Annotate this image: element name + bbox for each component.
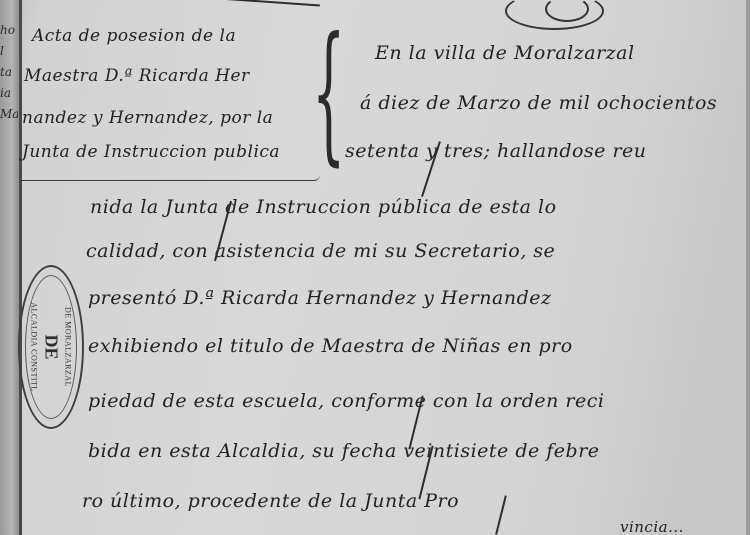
- stamp-right-text: DE MORALZARZAL: [64, 307, 73, 387]
- fragment: ho: [0, 20, 18, 41]
- ink-descender: [495, 495, 507, 534]
- margin-note-line: nandez y Hernandez, por la: [22, 108, 273, 128]
- body-line: setenta y tres; hallandose reu: [345, 140, 647, 162]
- body-line: ro último, procedente de la Junta Pro: [82, 490, 459, 512]
- fragment: ta: [0, 62, 18, 83]
- fragment: l: [0, 41, 18, 62]
- margin-note-line: Junta de Instruccion publica: [22, 142, 280, 162]
- body-line: piedad de esta escuela, conforme con la …: [88, 390, 604, 412]
- stamp-left-text: ALCALDIA CONSTITL: [30, 302, 39, 392]
- page-right-edge: [746, 0, 750, 535]
- body-line: exhibiendo el titulo de Maestra de Niñas…: [88, 335, 573, 357]
- body-line: bida en esta Alcaldia, su fecha veintisi…: [88, 440, 600, 462]
- margin-note-line: Acta de posesion de la: [32, 26, 236, 46]
- body-line: En la villa de Moralzarzal: [375, 42, 635, 64]
- body-line-cut: vincia...: [620, 518, 684, 535]
- ink-stroke: [190, 0, 320, 6]
- body-line: nida la Junta de Instruccion pública de …: [90, 196, 557, 218]
- municipal-stamp: ALCALDIA CONSTITL DE DE MORALZARZAL: [18, 265, 84, 429]
- body-line: presentó D.ª Ricarda Hernandez y Hernand…: [88, 287, 552, 309]
- margin-note-line: Maestra D.ª Ricarda Her: [24, 66, 250, 86]
- fragment: Ma: [0, 104, 18, 125]
- fragment: ia: [0, 83, 18, 104]
- body-line: á diez de Marzo de mil ochocientos: [360, 92, 717, 114]
- brace-icon: {: [312, 28, 317, 168]
- previous-page-fragments: ho l ta ia Ma: [0, 20, 18, 125]
- manuscript-page: ho l ta ia Ma { Acta de posesion de la M…: [0, 0, 750, 535]
- body-line: calidad, con asistencia de mi su Secreta…: [86, 240, 555, 262]
- stamp-center-text: DE: [41, 334, 62, 359]
